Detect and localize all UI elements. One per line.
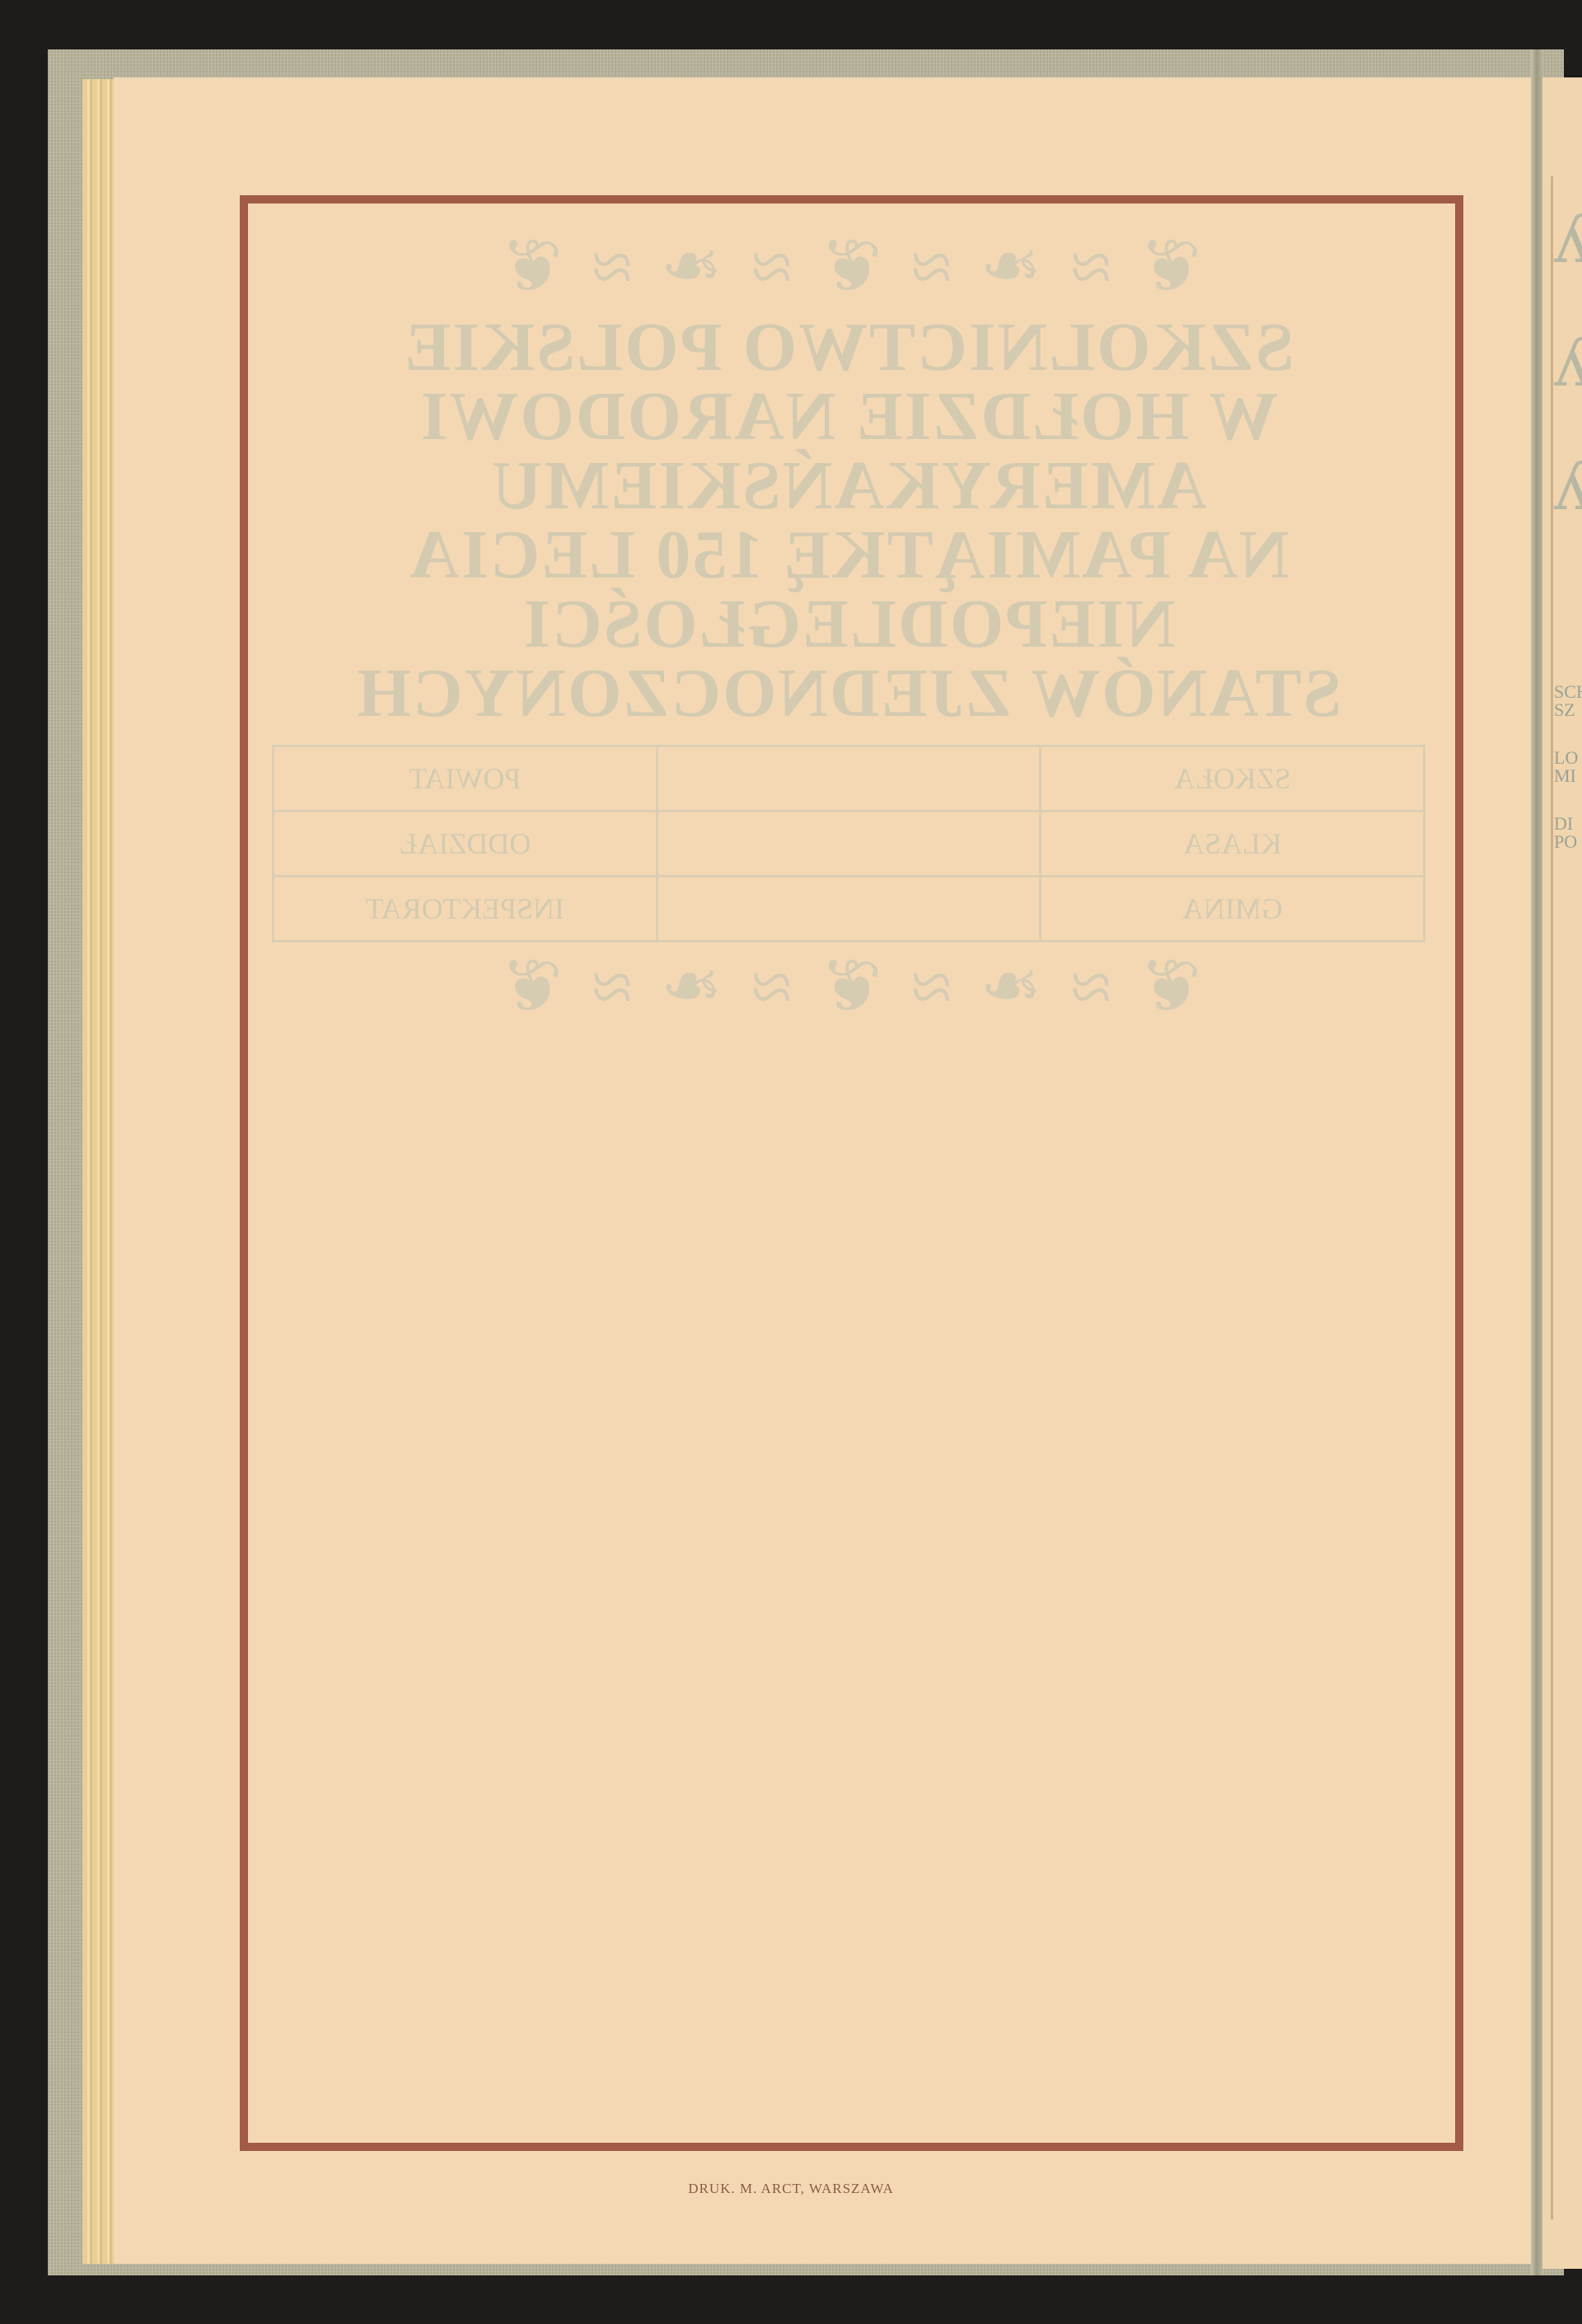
page-edges: [82, 79, 115, 2264]
printer-imprint: DRUK. M. ARCT, WARSZAWA: [0, 2181, 1582, 2197]
right-page-fragment: ʎ ʎ ʎ SCH SZ LO MI DI PO: [1542, 77, 1582, 2269]
book-gutter: [1531, 49, 1542, 2275]
right-table-cell: LO MI: [1554, 749, 1582, 785]
right-table-cell: DI PO: [1554, 815, 1582, 851]
ornate-letter-icon: ʎ: [1554, 201, 1582, 278]
ornate-letter-icon: ʎ: [1554, 448, 1582, 525]
right-table-cell: SCH SZ: [1554, 683, 1582, 719]
decorative-border-frame: [240, 195, 1463, 2151]
ornate-letter-icon: ʎ: [1554, 325, 1582, 401]
